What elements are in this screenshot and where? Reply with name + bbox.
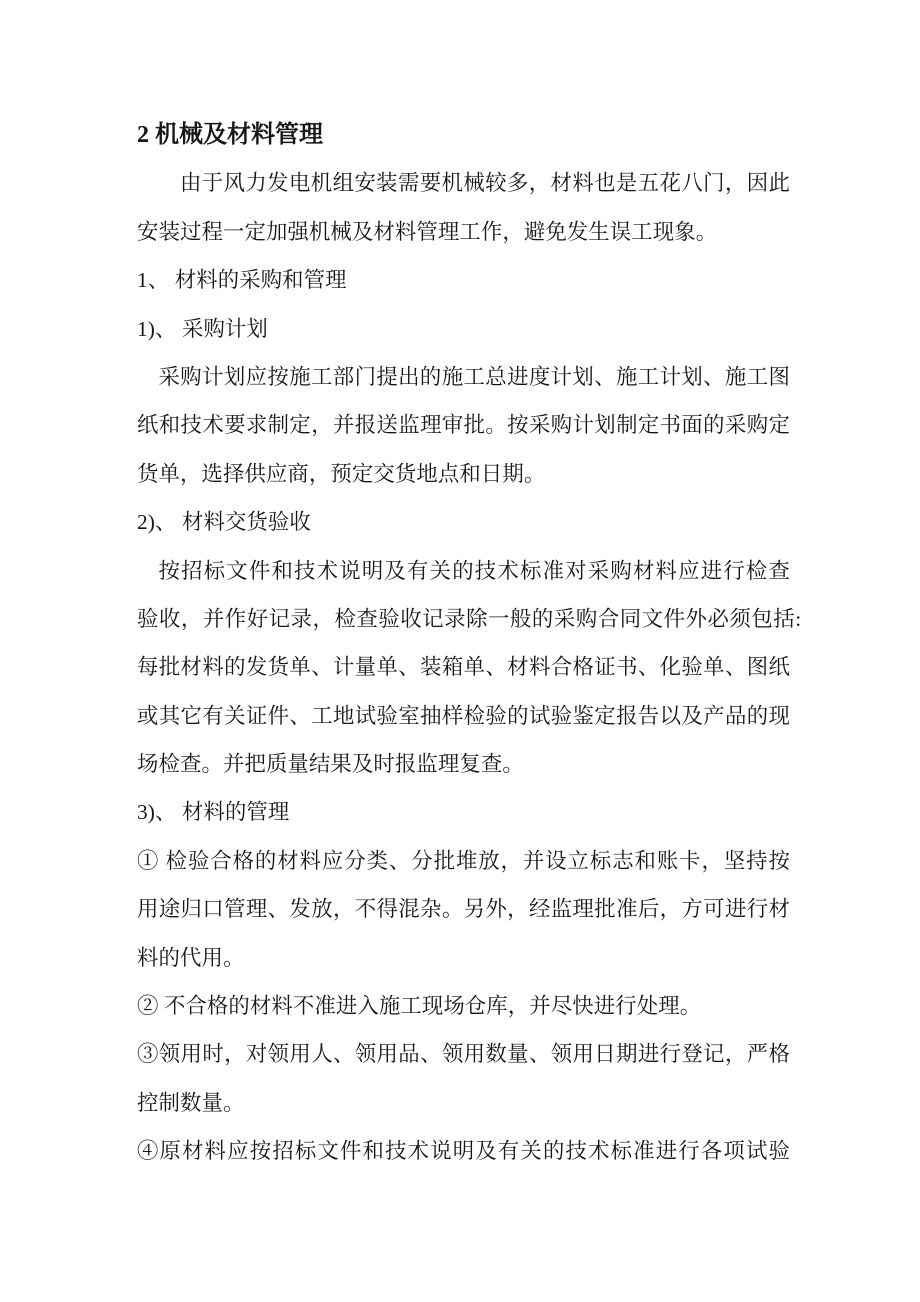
numbered-item-line: 控制数量。	[137, 1079, 790, 1127]
section-heading: 2 机械及材料管理	[137, 111, 790, 159]
numbered-item-line: ③领用时，对领用人、领用品、领用数量、领用日期进行登记，严格	[137, 1030, 790, 1078]
paragraph-line: 采购计划应按施工部门提出的施工总进度计划、施工计划、施工图	[137, 353, 790, 401]
paragraph-line: 或其它有关证件、工地试验室抽样检验的试验鉴定报告以及产品的现	[137, 692, 790, 740]
paragraph-line: 按招标文件和技术说明及有关的技术标准对采购材料应进行检查	[137, 547, 790, 595]
paragraph-line: 安装过程一定加强机械及材料管理工作，避免发生误工现象。	[137, 208, 790, 256]
numbered-item-line: 料的代用。	[137, 934, 790, 982]
list-item-heading: 1)、 采购计划	[137, 305, 790, 353]
paragraph-line: 场检查。并把质量结果及时报监理复查。	[137, 740, 790, 788]
numbered-item-line: ④原材料应按招标文件和技术说明及有关的技术标准进行各项试验	[137, 1127, 790, 1175]
list-item-heading: 2)、 材料交货验收	[137, 498, 790, 546]
document-page: 2 机械及材料管理由于风力发电机组安装需要机械较多，材料也是五花八门，因此安装过…	[0, 0, 920, 1302]
list-item-heading: 1、 材料的采购和管理	[137, 256, 790, 304]
paragraph-line: 货单，选择供应商，预定交货地点和日期。	[137, 450, 790, 498]
document-body: 2 机械及材料管理由于风力发电机组安装需要机械较多，材料也是五花八门，因此安装过…	[137, 111, 790, 1176]
paragraph-line: 由于风力发电机组安装需要机械较多，材料也是五花八门，因此	[137, 159, 790, 207]
numbered-item-line: ② 不合格的材料不准进入施工现场仓库，并尽快进行处理。	[137, 982, 790, 1030]
paragraph-line: 验收，并作好记录，检查验收记录除一般的采购合同文件外必须包括:	[137, 595, 790, 643]
list-item-heading: 3)、 材料的管理	[137, 788, 790, 836]
numbered-item-line: 用途归口管理、发放，不得混杂。另外，经监理批准后，方可进行材	[137, 885, 790, 933]
paragraph-line: 每批材料的发货单、计量单、装箱单、材料合格证书、化验单、图纸	[137, 643, 790, 691]
numbered-item-line: ① 检验合格的材料应分类、分批堆放，并设立标志和账卡，坚持按	[137, 837, 790, 885]
paragraph-line: 纸和技术要求制定，并报送监理审批。按采购计划制定书面的采购定	[137, 401, 790, 449]
